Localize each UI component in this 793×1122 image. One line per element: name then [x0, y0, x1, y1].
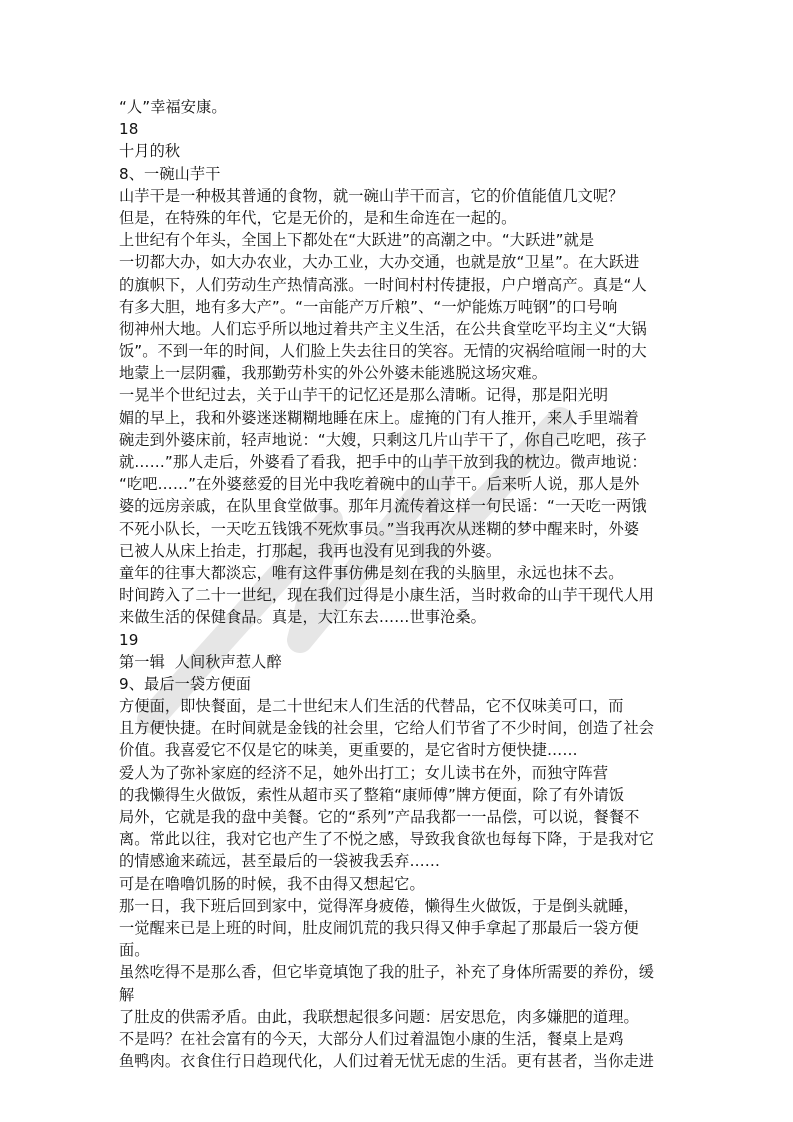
text-line: 地蒙上一层阴霾，我那勤劳朴实的外公外婆未能逃脱这场灾难。	[119, 362, 679, 384]
text-line: 方便面，即快餐面，是二十世纪末人们生活的代替品，它不仅味美可口，而	[119, 695, 679, 717]
text-line: 的旗帜下，人们劳动生产热情高涨。一时间村村传捷报，户户增高产。真是“人	[119, 274, 679, 296]
text-line: 的情感逾来疏远，甚至最后的一袋被我丢弃……	[119, 850, 679, 872]
page-number: 19	[119, 629, 679, 651]
text-line: “人”幸福安康。	[119, 96, 679, 118]
text-line: 了肚皮的供需矛盾。由此，我联想起很多问题：居安思危，肉多嫌肥的道理。	[119, 1006, 679, 1028]
text-line: 婆的远房亲戚，在队里食堂做事。那年月流传着这样一句民谣：“一天吃一两饿	[119, 495, 679, 517]
text-line: 解	[119, 984, 679, 1006]
text-line: 媚的早上，我和外婆迷迷糊糊地睡在床上。虚掩的门有人推开，来人手里端着	[119, 407, 679, 429]
text-line: 已被人从床上抬走，打那起，我再也没有见到我的外婆。	[119, 540, 679, 562]
text-line: 彻神州大地。人们忘乎所以地过着共产主义生活，在公共食堂吃平均主义“大锅	[119, 318, 679, 340]
text-line: 局外，它就是我的盘中美餐。它的“系列”产品我都一一品偿，可以说，餐餐不	[119, 806, 679, 828]
text-line: 童年的往事大都淡忘，唯有这件事仿佛是刻在我的头脑里，永远也抹不去。	[119, 562, 679, 584]
text-line: 时间跨入了二十一世纪，现在我们过得是小康生活，当时救命的山芋干现代人用	[119, 584, 679, 606]
text-line: 碗走到外婆床前，轻声地说：“大嫂，只剩这几片山芋干了，你自己吃吧，孩子	[119, 429, 679, 451]
text-line: 不死小队长，一天吃五钱饿不死炊事员。”当我再次从迷糊的梦中醒来时，外婆	[119, 518, 679, 540]
text-line: 上世纪有个年头，全国上下都处在“大跃进”的高潮之中。“大跃进”就是	[119, 229, 679, 251]
section-title: 十月的秋	[119, 140, 679, 162]
text-line: 那一日，我下班后回到家中，觉得浑身疲倦，懒得生火做饭，于是倒头就睡，	[119, 895, 679, 917]
text-line: 且方便快捷。在时间就是金钱的社会里，它给人们节省了不少时间，创造了社会	[119, 717, 679, 739]
text-line: 爱人为了弥补家庭的经济不足，她外出打工；女儿读书在外，而独守阵营	[119, 762, 679, 784]
text-line: 山芋干是一种极其普通的食物，就一碗山芋干而言，它的价值能值几文呢？	[119, 185, 679, 207]
text-line: 有多大胆，地有多大产”。“一亩能产万斤粮”、“一炉能炼万吨钢”的口号响	[119, 296, 679, 318]
text-line: 来做生活的保健食品。真是，大江东去……世事沧桑。	[119, 606, 679, 628]
text-line: 一切都大办，如大办农业，大办工业，大办交通，也就是放“卫星”。在大跃进	[119, 251, 679, 273]
text-line: 离。常此以往，我对它也产生了不悦之感，导致我食欲也每每下降，于是我对它	[119, 828, 679, 850]
text-line: 不是吗？在社会富有的今天，大部分人们过着温饱小康的生活，餐桌上是鸡	[119, 1028, 679, 1050]
text-line: 可是在噜噜饥肠的时候，我不由得又想起它。	[119, 873, 679, 895]
text-line: 面。	[119, 939, 679, 961]
text-line: 就……”那人走后，外婆看了看我，把手中的山芋干放到我的枕边。微声地说：	[119, 451, 679, 473]
article-title: 9、最后一袋方便面	[119, 673, 679, 695]
document-page: “人”幸福安康。 18 十月的秋 8、一碗山芋干 山芋干是一种极其普通的食物，就…	[119, 96, 679, 1072]
section-title: 第一辑 人间秋声惹人醉	[119, 651, 679, 673]
article-title: 8、一碗山芋干	[119, 163, 679, 185]
text-line: 一觉醒来已是上班的时间，肚皮闹饥荒的我只得又伸手拿起了那最后一袋方便	[119, 917, 679, 939]
text-line: 但是，在特殊的年代，它是无价的，是和生命连在一起的。	[119, 207, 679, 229]
text-line: 的我懒得生火做饭，索性从超市买了整箱“康师傅”牌方便面，除了有外请饭	[119, 784, 679, 806]
text-line: 价值。我喜爱它不仅是它的味美，更重要的，是它省时方便快捷……	[119, 739, 679, 761]
page-number: 18	[119, 118, 679, 140]
text-line: 一晃半个世纪过去，关于山芋干的记忆还是那么清晰。记得，那是阳光明	[119, 384, 679, 406]
text-line: 饭”。不到一年的时间，人们脸上失去往日的笑容。无情的灾祸给喧闹一时的大	[119, 340, 679, 362]
text-line: 鱼鸭肉。衣食住行日趋现代化，人们过着无忧无虑的生活。更有甚者，当你走进	[119, 1050, 679, 1072]
text-line: “吃吧……”在外婆慈爱的目光中我吃着碗中的山芋干。后来听人说，那人是外	[119, 473, 679, 495]
text-line: 虽然吃得不是那么香，但它毕竟填饱了我的肚子，补充了身体所需要的养份，缓	[119, 961, 679, 983]
